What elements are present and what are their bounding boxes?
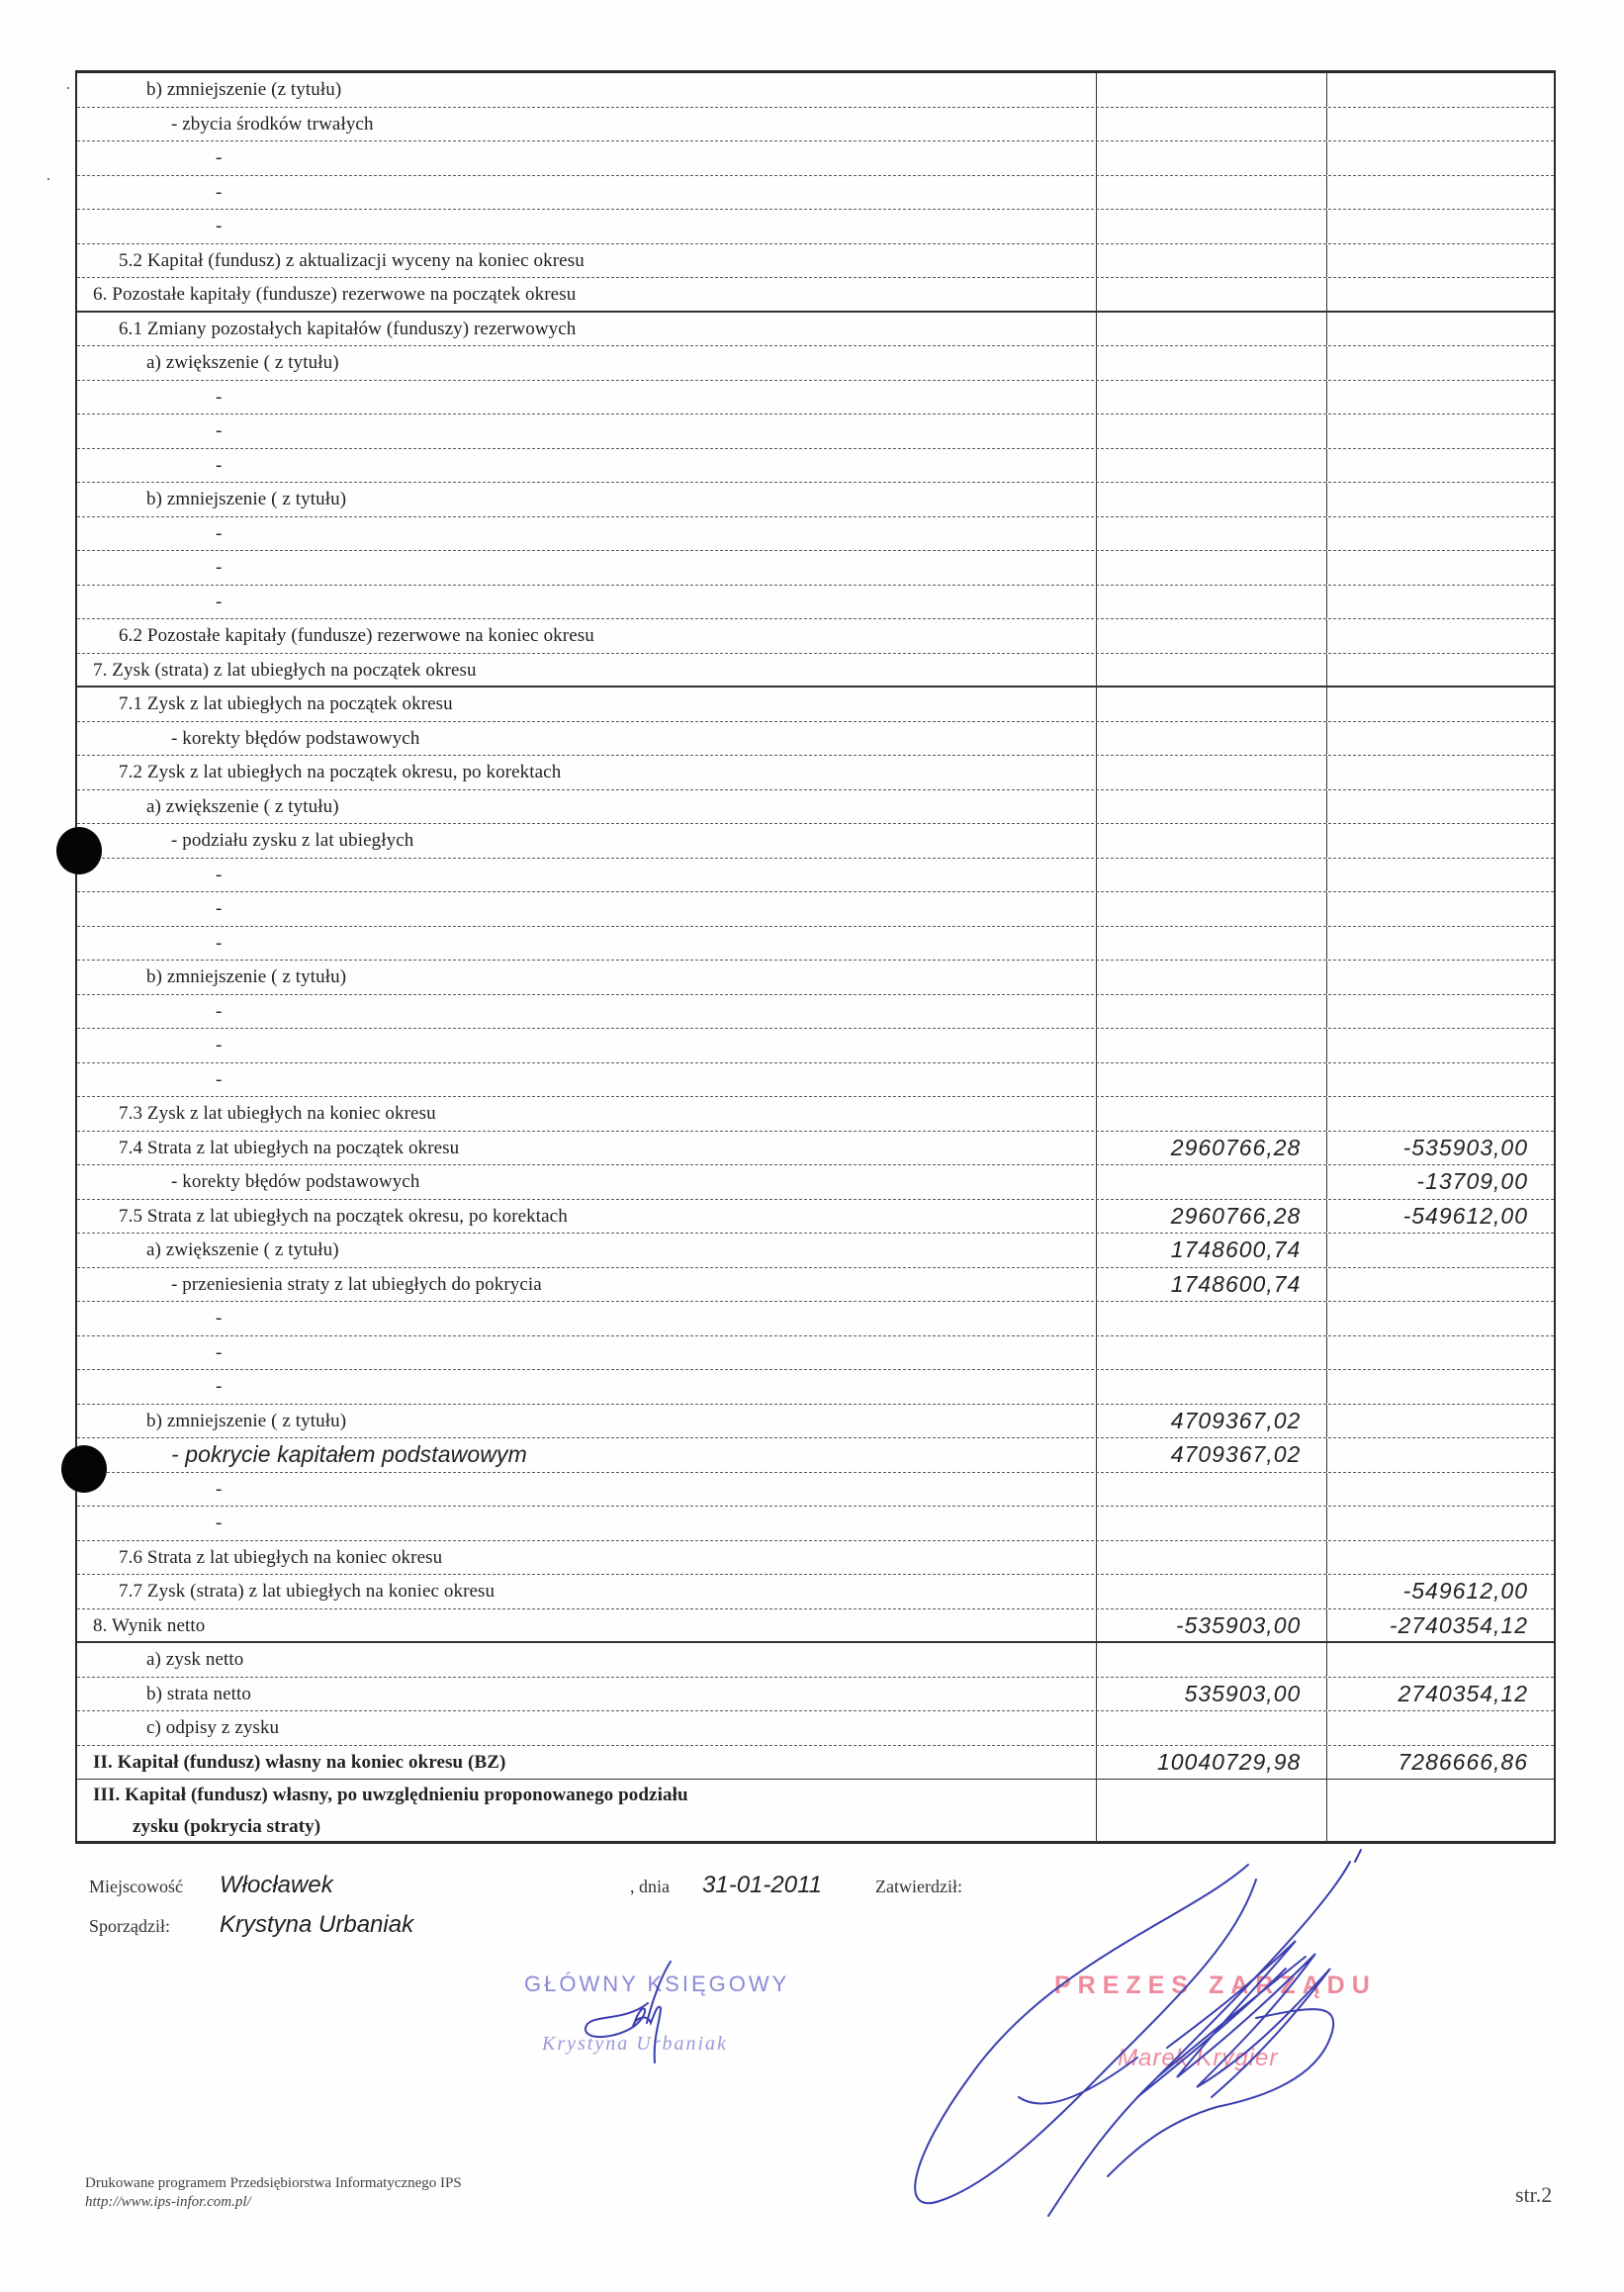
row-label: - xyxy=(77,1473,1096,1507)
previous-period-value xyxy=(1326,346,1554,380)
punch-hole xyxy=(61,1445,107,1493)
previous-period-value xyxy=(1326,619,1554,653)
previous-period-value xyxy=(1326,1711,1554,1745)
approved-label: Zatwierdził: xyxy=(875,1877,962,1897)
current-period-value xyxy=(1096,1302,1327,1335)
previous-period-value xyxy=(1326,927,1554,961)
current-period-value xyxy=(1096,176,1327,210)
previous-period-value xyxy=(1326,517,1554,551)
previous-period-value xyxy=(1326,859,1554,892)
current-period-value xyxy=(1096,1780,1327,1841)
previous-period-value xyxy=(1326,1097,1554,1131)
current-period-value xyxy=(1096,1507,1327,1540)
previous-period-value xyxy=(1326,449,1554,483)
table-row: 6.2 Pozostałe kapitały (fundusze) rezerw… xyxy=(77,619,1554,654)
previous-period-value xyxy=(1326,892,1554,926)
row-label: b) zmniejszenie ( z tytułu) xyxy=(77,1405,1096,1438)
table-row: - xyxy=(77,176,1554,211)
date-value: 31-01-2011 xyxy=(702,1872,822,1899)
row-label: 8. Wynik netto xyxy=(77,1609,1096,1642)
place-value: Włocławek xyxy=(220,1872,333,1899)
row-label: 6.2 Pozostałe kapitały (fundusze) rezerw… xyxy=(77,619,1096,653)
row-label: 6.1 Zmiany pozostałych kapitałów (fundus… xyxy=(77,313,1096,346)
previous-period-value xyxy=(1326,1438,1554,1472)
current-period-value: 4709367,02 xyxy=(1096,1405,1327,1438)
row-label: - xyxy=(77,1063,1096,1097)
document-page: b) zmniejszenie (z tytułu)- zbycia środk… xyxy=(0,0,1624,2292)
previous-period-value xyxy=(1326,483,1554,516)
previous-period-value xyxy=(1326,141,1554,175)
table-row: b) strata netto535903,002740354,12 xyxy=(77,1678,1554,1712)
table-row: 7.3 Zysk z lat ubiegłych na koniec okres… xyxy=(77,1097,1554,1132)
previous-period-value xyxy=(1326,414,1554,448)
table-row: - xyxy=(77,859,1554,893)
row-label: c) odpisy z zysku xyxy=(77,1711,1096,1745)
row-label: - xyxy=(77,859,1096,892)
previous-period-value xyxy=(1326,313,1554,346)
table-row: - xyxy=(77,927,1554,962)
previous-period-value: 7286666,86 xyxy=(1326,1746,1554,1780)
previous-period-value: -2740354,12 xyxy=(1326,1609,1554,1642)
previous-period-value xyxy=(1326,688,1554,721)
table-row: 6.1 Zmiany pozostałych kapitałów (fundus… xyxy=(77,313,1554,347)
table-row: 7.6 Strata z lat ubiegłych na koniec okr… xyxy=(77,1541,1554,1576)
row-label: - xyxy=(77,1336,1096,1370)
previous-period-value xyxy=(1326,1302,1554,1335)
row-label: - xyxy=(77,141,1096,175)
page-number: str.2 xyxy=(1515,2182,1552,2208)
current-period-value xyxy=(1096,654,1327,687)
row-label: 5.2 Kapitał (fundusz) z aktualizacji wyc… xyxy=(77,244,1096,278)
previous-period-value xyxy=(1326,722,1554,756)
previous-period-value xyxy=(1326,586,1554,619)
row-label: - zbycia środków trwałych xyxy=(77,108,1096,141)
current-period-value xyxy=(1096,1643,1327,1677)
table-row: - xyxy=(77,1063,1554,1098)
current-period-value xyxy=(1096,483,1327,516)
previous-period-value xyxy=(1326,244,1554,278)
table-row: - xyxy=(77,1029,1554,1063)
row-label: - xyxy=(77,1507,1096,1540)
current-period-value xyxy=(1096,1063,1327,1097)
row-label: 6. Pozostałe kapitały (fundusze) rezerwo… xyxy=(77,278,1096,311)
table-row: - xyxy=(77,381,1554,415)
president-signature-icon xyxy=(915,1850,1361,2216)
row-label: - xyxy=(77,210,1096,243)
current-period-value xyxy=(1096,346,1327,380)
current-period-value: 2960766,28 xyxy=(1096,1200,1327,1234)
row-label: - xyxy=(77,381,1096,414)
row-label: 7.7 Zysk (strata) z lat ubiegłych na kon… xyxy=(77,1575,1096,1608)
previous-period-value xyxy=(1326,995,1554,1029)
current-period-value xyxy=(1096,313,1327,346)
president-stamp-title: PREZES ZARZĄDU xyxy=(1054,1971,1377,2000)
current-period-value xyxy=(1096,1473,1327,1507)
row-label: 7.4 Strata z lat ubiegłych na początek o… xyxy=(77,1132,1096,1165)
row-label: b) zmniejszenie (z tytułu) xyxy=(77,73,1096,107)
current-period-value xyxy=(1096,551,1327,585)
current-period-value xyxy=(1096,414,1327,448)
printed-by-url: http://www.ips-infor.com.pl/ xyxy=(85,2193,462,2212)
previous-period-value xyxy=(1326,210,1554,243)
row-label-line1: III. Kapitał (fundusz) własny, po uwzglę… xyxy=(93,1785,688,1805)
row-label: II. Kapitał (fundusz) własny na koniec o… xyxy=(77,1746,1096,1780)
current-period-value: 2960766,28 xyxy=(1096,1132,1327,1165)
table-row: 6. Pozostałe kapitały (fundusze) rezerwo… xyxy=(77,278,1554,313)
equity-changes-table: b) zmniejszenie (z tytułu)- zbycia środk… xyxy=(75,70,1556,1844)
table-row: - xyxy=(77,517,1554,552)
table-row: b) zmniejszenie ( z tytułu) xyxy=(77,961,1554,995)
table-row: - xyxy=(77,892,1554,927)
table-row: a) zwiększenie ( z tytułu) xyxy=(77,790,1554,825)
previous-period-value xyxy=(1326,1473,1554,1507)
previous-period-value xyxy=(1326,278,1554,311)
row-label: - xyxy=(77,517,1096,551)
table-row: - xyxy=(77,1302,1554,1336)
current-period-value xyxy=(1096,995,1327,1029)
previous-period-value xyxy=(1326,1405,1554,1438)
table-row: b) zmniejszenie ( z tytułu)4709367,02 xyxy=(77,1405,1554,1439)
previous-period-value xyxy=(1326,1780,1554,1841)
current-period-value xyxy=(1096,1029,1327,1062)
prepared-label: Sporządził: xyxy=(89,1916,170,1937)
row-label-line2: zysku (pokrycia straty) xyxy=(93,1811,1096,1841)
previous-period-value xyxy=(1326,1507,1554,1540)
table-row: - xyxy=(77,1473,1554,1508)
row-label: - korekty błędów podstawowych xyxy=(77,722,1096,756)
current-period-value xyxy=(1096,892,1327,926)
row-label: 7. Zysk (strata) z lat ubiegłych na pocz… xyxy=(77,654,1096,687)
table-row: 7. Zysk (strata) z lat ubiegłych na pocz… xyxy=(77,654,1554,688)
row-label: - xyxy=(77,995,1096,1029)
prepared-value: Krystyna Urbaniak xyxy=(220,1911,413,1939)
previous-period-value xyxy=(1326,381,1554,414)
current-period-value: -535903,00 xyxy=(1096,1609,1327,1642)
table-row: - xyxy=(77,1336,1554,1371)
row-label: - xyxy=(77,1302,1096,1335)
row-label: 7.6 Strata z lat ubiegłych na koniec okr… xyxy=(77,1541,1096,1575)
table-row: - xyxy=(77,141,1554,176)
previous-period-value xyxy=(1326,73,1554,107)
table-row: b) zmniejszenie ( z tytułu) xyxy=(77,483,1554,517)
printed-by-line: Drukowane programem Przedsiębiorstwa Inf… xyxy=(85,2174,462,2193)
current-period-value xyxy=(1096,1575,1327,1608)
date-label: , dnia xyxy=(630,1877,670,1897)
row-label: a) zwiększenie ( z tytułu) xyxy=(77,790,1096,824)
current-period-value xyxy=(1096,449,1327,483)
punch-hole xyxy=(56,827,102,874)
previous-period-value: 2740354,12 xyxy=(1326,1678,1554,1711)
current-period-value xyxy=(1096,244,1327,278)
row-label: b) zmniejszenie ( z tytułu) xyxy=(77,961,1096,994)
row-label: a) zwiększenie ( z tytułu) xyxy=(77,1234,1096,1267)
current-period-value: 535903,00 xyxy=(1096,1678,1327,1711)
row-label: - xyxy=(77,892,1096,926)
table-row: - xyxy=(77,210,1554,244)
row-label: 7.5 Strata z lat ubiegłych na początek o… xyxy=(77,1200,1096,1234)
row-label: 7.3 Zysk z lat ubiegłych na koniec okres… xyxy=(77,1097,1096,1131)
current-period-value xyxy=(1096,1541,1327,1575)
current-period-value xyxy=(1096,73,1327,107)
previous-period-value: -535903,00 xyxy=(1326,1132,1554,1165)
scan-speck xyxy=(67,87,69,89)
table-row: - xyxy=(77,449,1554,484)
row-label: - xyxy=(77,586,1096,619)
previous-period-value xyxy=(1326,756,1554,789)
table-row: - xyxy=(77,1507,1554,1541)
current-period-value xyxy=(1096,859,1327,892)
table-row: - pokrycie kapitałem podstawowym4709367,… xyxy=(77,1438,1554,1473)
scan-speck xyxy=(47,178,49,180)
row-label: - xyxy=(77,927,1096,961)
table-row: 7.2 Zysk z lat ubiegłych na początek okr… xyxy=(77,756,1554,790)
row-label: III. Kapitał (fundusz) własny, po uwzglę… xyxy=(77,1780,1096,1841)
row-label: - xyxy=(77,176,1096,210)
current-period-value xyxy=(1096,790,1327,824)
current-period-value xyxy=(1096,1165,1327,1199)
previous-period-value: -549612,00 xyxy=(1326,1575,1554,1608)
previous-period-value: -13709,00 xyxy=(1326,1165,1554,1199)
table-row: b) zmniejszenie (z tytułu) xyxy=(77,73,1554,108)
current-period-value xyxy=(1096,824,1327,858)
table-row: - xyxy=(77,414,1554,449)
chief-accountant-stamp-name: Krystyna Urbaniak xyxy=(542,2033,728,2056)
previous-period-value xyxy=(1326,108,1554,141)
current-period-value xyxy=(1096,517,1327,551)
previous-period-value xyxy=(1326,961,1554,994)
table-row: a) zwiększenie ( z tytułu)1748600,74 xyxy=(77,1234,1554,1268)
previous-period-value xyxy=(1326,654,1554,687)
current-period-value xyxy=(1096,1097,1327,1131)
table-row-final: III. Kapitał (fundusz) własny, po uwzglę… xyxy=(77,1780,1554,1841)
row-label: a) zwiększenie ( z tytułu) xyxy=(77,346,1096,380)
row-label: - xyxy=(77,414,1096,448)
table-row: c) odpisy z zysku xyxy=(77,1711,1554,1746)
table-row: a) zysk netto xyxy=(77,1643,1554,1678)
printed-by-note: Drukowane programem Przedsiębiorstwa Inf… xyxy=(85,2174,462,2212)
previous-period-value xyxy=(1326,1029,1554,1062)
row-label: - przeniesienia straty z lat ubiegłych d… xyxy=(77,1268,1096,1302)
table-row: II. Kapitał (fundusz) własny na koniec o… xyxy=(77,1746,1554,1781)
previous-period-value xyxy=(1326,176,1554,210)
row-label: - podziału zysku z lat ubiegłych xyxy=(77,824,1096,858)
row-label: - pokrycie kapitałem podstawowym xyxy=(77,1438,1096,1472)
previous-period-value xyxy=(1326,1234,1554,1267)
previous-period-value xyxy=(1326,1643,1554,1677)
current-period-value xyxy=(1096,1711,1327,1745)
table-row: 7.5 Strata z lat ubiegłych na początek o… xyxy=(77,1200,1554,1235)
current-period-value xyxy=(1096,722,1327,756)
table-row: - korekty błędów podstawowych xyxy=(77,722,1554,757)
current-period-value: 1748600,74 xyxy=(1096,1268,1327,1302)
row-label: b) strata netto xyxy=(77,1678,1096,1711)
president-stamp-name: Marek Krygier xyxy=(1118,2045,1278,2072)
current-period-value xyxy=(1096,688,1327,721)
table-row: 7.4 Strata z lat ubiegłych na początek o… xyxy=(77,1132,1554,1166)
table-row: - xyxy=(77,1370,1554,1405)
current-period-value xyxy=(1096,141,1327,175)
current-period-value xyxy=(1096,108,1327,141)
current-period-value xyxy=(1096,381,1327,414)
previous-period-value xyxy=(1326,1370,1554,1404)
table-row: a) zwiększenie ( z tytułu) xyxy=(77,346,1554,381)
current-period-value xyxy=(1096,210,1327,243)
row-label: - xyxy=(77,1029,1096,1062)
row-label: - korekty błędów podstawowych xyxy=(77,1165,1096,1199)
table-row: 5.2 Kapitał (fundusz) z aktualizacji wyc… xyxy=(77,244,1554,279)
current-period-value xyxy=(1096,586,1327,619)
row-label: a) zysk netto xyxy=(77,1643,1096,1677)
current-period-value xyxy=(1096,1370,1327,1404)
current-period-value: 1748600,74 xyxy=(1096,1234,1327,1267)
row-label: b) zmniejszenie ( z tytułu) xyxy=(77,483,1096,516)
table-row: - przeniesienia straty z lat ubiegłych d… xyxy=(77,1268,1554,1303)
row-label: 7.2 Zysk z lat ubiegłych na początek okr… xyxy=(77,756,1096,789)
table-row: - podziału zysku z lat ubiegłych xyxy=(77,824,1554,859)
previous-period-value xyxy=(1326,1268,1554,1302)
current-period-value xyxy=(1096,961,1327,994)
row-label: - xyxy=(77,1370,1096,1404)
table-row: - xyxy=(77,551,1554,586)
table-row: - zbycia środków trwałych xyxy=(77,108,1554,142)
row-label: - xyxy=(77,551,1096,585)
previous-period-value xyxy=(1326,1541,1554,1575)
previous-period-value: -549612,00 xyxy=(1326,1200,1554,1234)
table-row: 7.1 Zysk z lat ubiegłych na początek okr… xyxy=(77,688,1554,722)
previous-period-value xyxy=(1326,1063,1554,1097)
current-period-value: 10040729,98 xyxy=(1096,1746,1327,1780)
current-period-value xyxy=(1096,278,1327,311)
current-period-value xyxy=(1096,619,1327,653)
previous-period-value xyxy=(1326,790,1554,824)
previous-period-value xyxy=(1326,824,1554,858)
current-period-value xyxy=(1096,927,1327,961)
row-label: - xyxy=(77,449,1096,483)
chief-accountant-stamp-title: GŁÓWNY KSIĘGOWY xyxy=(524,1971,789,1997)
previous-period-value xyxy=(1326,551,1554,585)
table-row: - xyxy=(77,995,1554,1030)
row-label: 7.1 Zysk z lat ubiegłych na początek okr… xyxy=(77,688,1096,721)
table-row: - korekty błędów podstawowych-13709,00 xyxy=(77,1165,1554,1200)
previous-period-value xyxy=(1326,1336,1554,1370)
current-period-value: 4709367,02 xyxy=(1096,1438,1327,1472)
current-period-value xyxy=(1096,1336,1327,1370)
place-label: Miejscowość xyxy=(89,1877,183,1897)
table-row: 7.7 Zysk (strata) z lat ubiegłych na kon… xyxy=(77,1575,1554,1609)
table-row: 8. Wynik netto-535903,00-2740354,12 xyxy=(77,1609,1554,1644)
current-period-value xyxy=(1096,756,1327,789)
table-row: - xyxy=(77,586,1554,620)
